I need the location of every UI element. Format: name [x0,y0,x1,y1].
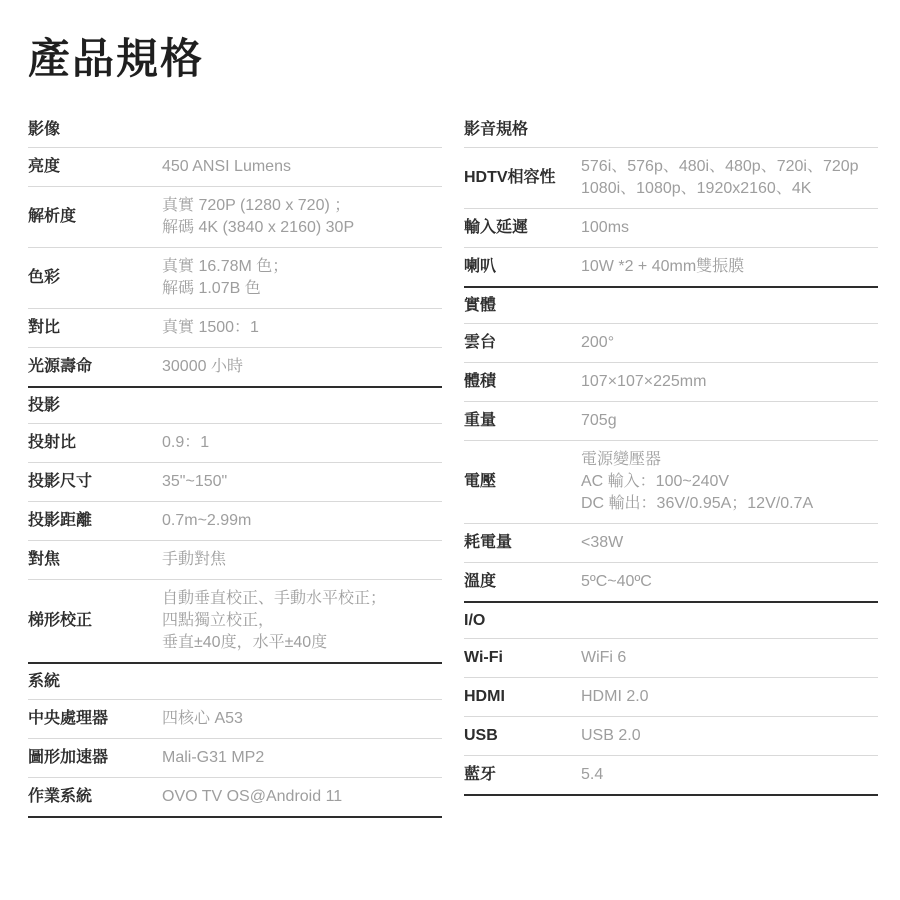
spec-value-line: 100ms [581,217,878,239]
spec-row: 耗電量<38W [464,524,878,563]
spec-row: 電壓電源變壓器AC 輸入：100~240VDC 輸出：36V/0.95A；12V… [464,441,878,524]
spec-value-line: <38W [581,532,878,554]
spec-section: 影音規格HDTV相容性576i、576p、480i、480p、720i、720p… [464,112,878,288]
spec-label: 雲台 [464,332,581,354]
spec-section: 系統中央處理器四核心 A53圖形加速器Mali-G31 MP2作業系統OVO T… [28,664,442,818]
spec-value: 35"~150" [162,471,442,493]
spec-row: 藍牙5.4 [464,756,878,794]
spec-value: 5.4 [581,764,878,786]
spec-column-left: 影像亮度450 ANSI Lumens解析度真實 720P (1280 x 72… [28,112,442,818]
spec-value-line: 5.4 [581,764,878,786]
spec-row: 雲台200° [464,324,878,363]
spec-value-line: 0.9：1 [162,432,442,454]
spec-value-line: 真實 1500：1 [162,317,442,339]
spec-row: 中央處理器四核心 A53 [28,700,442,739]
spec-value-line: 手動對焦 [162,549,442,571]
spec-value-line: Mali-G31 MP2 [162,747,442,769]
spec-value-line: 705g [581,410,878,432]
spec-label: 解析度 [28,206,162,228]
spec-value-line: 解碼 1.07B 色 [162,278,442,300]
spec-label: 對焦 [28,549,162,571]
spec-row: 圖形加速器Mali-G31 MP2 [28,739,442,778]
page-title: 產品規格 [28,36,878,82]
spec-value-line: 解碼 4K (3840 x 2160) 30P [162,217,442,239]
spec-label: Wi-Fi [464,647,581,669]
spec-label: 溫度 [464,571,581,593]
spec-value-line: 5ºC~40ºC [581,571,878,593]
spec-value: 576i、576p、480i、480p、720i、720p1080i、1080p… [581,156,878,200]
spec-label: 輸入延遲 [464,217,581,239]
spec-row: 投射比0.9：1 [28,424,442,463]
spec-value: 30000 小時 [162,356,442,378]
spec-value-line: HDMI 2.0 [581,686,878,708]
spec-section: 影像亮度450 ANSI Lumens解析度真實 720P (1280 x 72… [28,112,442,388]
spec-label: 色彩 [28,267,162,289]
spec-row: 色彩真實 16.78M 色；解碼 1.07B 色 [28,248,442,309]
spec-value-line: 1080i、1080p、1920x2160、4K [581,178,878,200]
spec-value-line: 真實 720P (1280 x 720) ； [162,195,442,217]
spec-value-line: AC 輸入：100~240V [581,471,878,493]
section-header: I/O [464,603,878,639]
spec-value: USB 2.0 [581,725,878,747]
spec-value: 真實 16.78M 色；解碼 1.07B 色 [162,256,442,300]
spec-row: HDTV相容性576i、576p、480i、480p、720i、720p1080… [464,148,878,209]
spec-value-line: OVO TV OS@Android 11 [162,786,442,808]
spec-value: 0.7m~2.99m [162,510,442,532]
spec-value-line: 10W *2 + 40mm雙振膜 [581,256,878,278]
spec-label: 對比 [28,317,162,339]
spec-row: 重量705g [464,402,878,441]
spec-value: Mali-G31 MP2 [162,747,442,769]
section-header: 投影 [28,388,442,424]
spec-value-line: 四點獨立校正， [162,610,442,632]
spec-value: 真實 720P (1280 x 720) ；解碼 4K (3840 x 2160… [162,195,442,239]
spec-value: 四核心 A53 [162,708,442,730]
spec-label: 喇叭 [464,256,581,278]
spec-row: 亮度450 ANSI Lumens [28,148,442,187]
spec-section: 投影投射比0.9：1投影尺寸35"~150"投影距離0.7m~2.99m對焦手動… [28,388,442,664]
spec-row: 光源壽命30000 小時 [28,348,442,386]
spec-value-line: 30000 小時 [162,356,442,378]
spec-value: OVO TV OS@Android 11 [162,786,442,808]
spec-label: HDTV相容性 [464,167,581,189]
spec-value-line: 107×107×225mm [581,371,878,393]
section-header: 實體 [464,288,878,324]
spec-value: 100ms [581,217,878,239]
spec-row: HDMIHDMI 2.0 [464,678,878,717]
spec-label: 中央處理器 [28,708,162,730]
spec-label: 光源壽命 [28,356,162,378]
section-header: 影音規格 [464,112,878,148]
spec-row: 喇叭10W *2 + 40mm雙振膜 [464,248,878,286]
spec-row: 輸入延遲100ms [464,209,878,248]
spec-section: I/OWi-FiWiFi 6HDMIHDMI 2.0USBUSB 2.0藍牙5.… [464,603,878,796]
spec-value-line: 真實 16.78M 色； [162,256,442,278]
spec-value-line: 576i、576p、480i、480p、720i、720p [581,156,878,178]
spec-value: 自動垂直校正、手動水平校正；四點獨立校正，垂直±40度，水平±40度 [162,588,442,654]
spec-label: 圖形加速器 [28,747,162,769]
spec-value-line: DC 輸出：36V/0.95A；12V/0.7A [581,493,878,515]
spec-value-line: 電源變壓器 [581,449,878,471]
spec-row: 解析度真實 720P (1280 x 720) ；解碼 4K (3840 x 2… [28,187,442,248]
product-spec-page: 產品規格 影像亮度450 ANSI Lumens解析度真實 720P (1280… [0,0,900,900]
spec-value-line: 200° [581,332,878,354]
spec-value-line: 自動垂直校正、手動水平校正； [162,588,442,610]
spec-label: 體積 [464,371,581,393]
spec-row: 對焦手動對焦 [28,541,442,580]
section-header: 影像 [28,112,442,148]
spec-label: 耗電量 [464,532,581,554]
spec-row: 投影距離0.7m~2.99m [28,502,442,541]
spec-label: 亮度 [28,156,162,178]
spec-value: 5ºC~40ºC [581,571,878,593]
spec-label: 投影距離 [28,510,162,532]
section-header: 系統 [28,664,442,700]
spec-label: 投影尺寸 [28,471,162,493]
spec-value: 10W *2 + 40mm雙振膜 [581,256,878,278]
spec-value-line: 0.7m~2.99m [162,510,442,532]
spec-label: 重量 [464,410,581,432]
spec-row: USBUSB 2.0 [464,717,878,756]
spec-value: <38W [581,532,878,554]
spec-section: 實體雲台200°體積107×107×225mm重量705g電壓電源變壓器AC 輸… [464,288,878,603]
spec-label: HDMI [464,686,581,708]
spec-value-line: 垂直±40度，水平±40度 [162,632,442,654]
spec-columns: 影像亮度450 ANSI Lumens解析度真實 720P (1280 x 72… [28,112,878,818]
spec-value: 真實 1500：1 [162,317,442,339]
spec-value: WiFi 6 [581,647,878,669]
spec-row: Wi-FiWiFi 6 [464,639,878,678]
spec-row: 溫度5ºC~40ºC [464,563,878,601]
spec-value-line: 四核心 A53 [162,708,442,730]
spec-row: 對比真實 1500：1 [28,309,442,348]
spec-value: 手動對焦 [162,549,442,571]
spec-value-line: 35"~150" [162,471,442,493]
spec-label: USB [464,725,581,747]
spec-label: 電壓 [464,471,581,493]
spec-value: 450 ANSI Lumens [162,156,442,178]
spec-value: HDMI 2.0 [581,686,878,708]
spec-value: 0.9：1 [162,432,442,454]
spec-value: 705g [581,410,878,432]
spec-value-line: 450 ANSI Lumens [162,156,442,178]
spec-row: 投影尺寸35"~150" [28,463,442,502]
spec-value: 200° [581,332,878,354]
spec-row: 作業系統OVO TV OS@Android 11 [28,778,442,816]
spec-value-line: WiFi 6 [581,647,878,669]
spec-value-line: USB 2.0 [581,725,878,747]
spec-value: 107×107×225mm [581,371,878,393]
spec-label: 藍牙 [464,764,581,786]
spec-row: 體積107×107×225mm [464,363,878,402]
spec-label: 投射比 [28,432,162,454]
spec-row: 梯形校正自動垂直校正、手動水平校正；四點獨立校正，垂直±40度，水平±40度 [28,580,442,662]
spec-label: 梯形校正 [28,610,162,632]
spec-column-right: 影音規格HDTV相容性576i、576p、480i、480p、720i、720p… [464,112,878,796]
spec-label: 作業系統 [28,786,162,808]
spec-value: 電源變壓器AC 輸入：100~240VDC 輸出：36V/0.95A；12V/0… [581,449,878,515]
